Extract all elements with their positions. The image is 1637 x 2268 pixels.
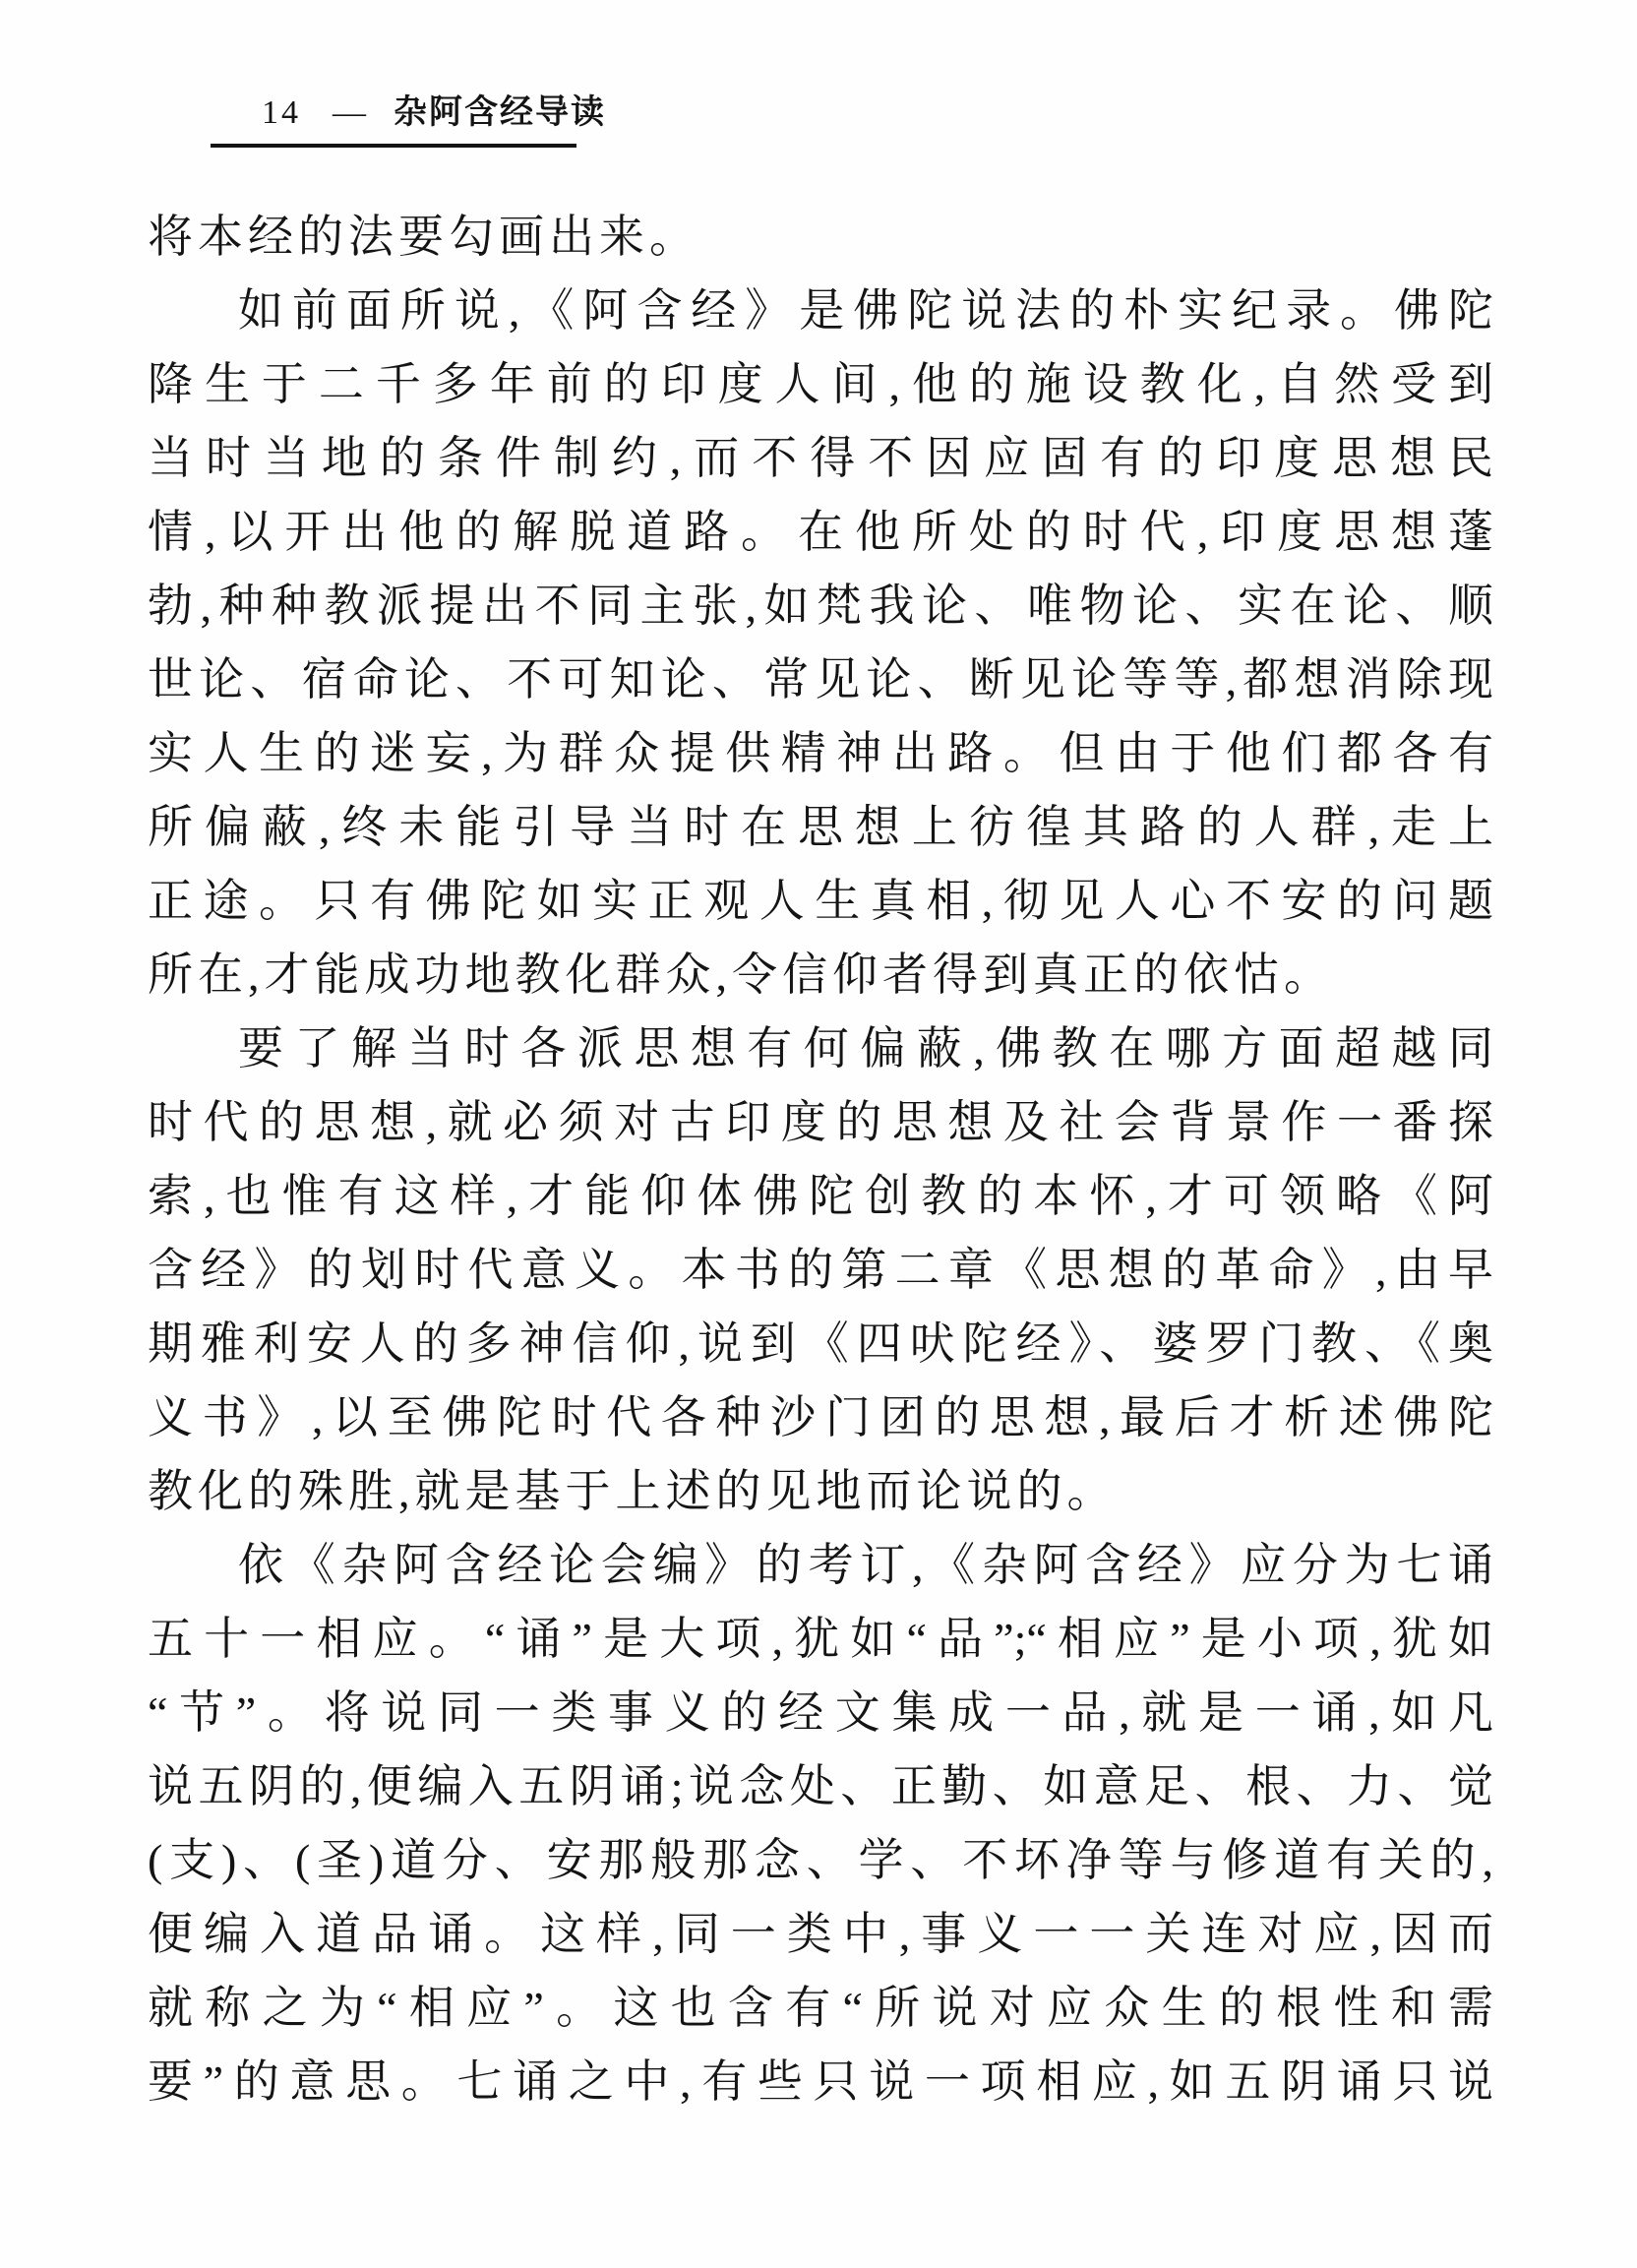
header-dash: — bbox=[333, 94, 366, 131]
text-line: 情,以开出他的解脱道路。在他所处的时代,印度思想蓬 bbox=[148, 495, 1493, 569]
text-line: 依《杂阿含经论会编》的考订,《杂阿含经》应分为七诵 bbox=[148, 1528, 1493, 1602]
book-page: 14 — 杂阿含经导读 将本经的法要勾画出来。如前面所说,《阿含经》是佛陀说法的… bbox=[0, 0, 1637, 2268]
text-line: “节”。将说同一类事义的经文集成一品,就是一诵,如凡 bbox=[148, 1676, 1493, 1749]
text-line: 说五阴的,便编入五阴诵;说念处、正勤、如意足、根、力、觉 bbox=[148, 1749, 1493, 1823]
text-line: 时代的思想,就必须对古印度的思想及社会背景作一番探 bbox=[148, 1085, 1493, 1159]
text-line: 就称之为“相应”。这也含有“所说对应众生的根性和需 bbox=[148, 1971, 1493, 2045]
book-title: 杂阿含经导读 bbox=[394, 94, 606, 131]
text-line: 世论、宿命论、不可知论、常见论、断见论等等,都想消除现 bbox=[148, 643, 1493, 716]
text-line: 如前面所说,《阿含经》是佛陀说法的朴实纪录。佛陀 bbox=[148, 274, 1493, 347]
text-line: 五十一相应。“诵”是大项,犹如“品”;“相应”是小项,犹如 bbox=[148, 1602, 1493, 1676]
text-line: 正途。只有佛陀如实正观人生真相,彻见人心不安的问题 bbox=[148, 864, 1493, 938]
text-line: 教化的殊胜,就是基于上述的见地而论说的。 bbox=[148, 1454, 1493, 1528]
page-header: 14 — 杂阿含经导读 bbox=[211, 94, 576, 148]
text-line: 含经》的划时代意义。本书的第二章《思想的革命》,由早 bbox=[148, 1233, 1493, 1307]
text-line: 当时当地的条件制约,而不得不因应固有的印度思想民 bbox=[148, 421, 1493, 495]
text-line: 要”的意思。七诵之中,有些只说一项相应,如五阴诵只说 bbox=[148, 2045, 1493, 2118]
text-line: 将本经的法要勾画出来。 bbox=[148, 200, 1493, 274]
text-line: 便编入道品诵。这样,同一类中,事义一一关连对应,因而 bbox=[148, 1897, 1493, 1971]
text-line: (支)、(圣)道分、安那般那念、学、不坏净等与修道有关的, bbox=[148, 1823, 1493, 1897]
page-body: 将本经的法要勾画出来。如前面所说,《阿含经》是佛陀说法的朴实纪录。佛陀降生于二千… bbox=[148, 200, 1493, 2118]
text-line: 降生于二千多年前的印度人间,他的施设教化,自然受到 bbox=[148, 347, 1493, 421]
text-line: 实人生的迷妄,为群众提供精神出路。但由于他们都各有 bbox=[148, 716, 1493, 790]
text-line: 勃,种种教派提出不同主张,如梵我论、唯物论、实在论、顺 bbox=[148, 569, 1493, 643]
page-number: 14 bbox=[262, 94, 301, 131]
text-line: 要了解当时各派思想有何偏蔽,佛教在哪方面超越同 bbox=[148, 1011, 1493, 1085]
text-line: 所偏蔽,终未能引导当时在思想上彷徨其路的人群,走上 bbox=[148, 790, 1493, 864]
text-line: 索,也惟有这样,才能仰体佛陀创教的本怀,才可领略《阿 bbox=[148, 1159, 1493, 1233]
text-line: 期雅利安人的多神信仰,说到《四吠陀经》、婆罗门教、《奥 bbox=[148, 1307, 1493, 1380]
text-line: 所在,才能成功地教化群众,令信仰者得到真正的依怙。 bbox=[148, 938, 1493, 1011]
text-line: 义书》,以至佛陀时代各种沙门团的思想,最后才析述佛陀 bbox=[148, 1380, 1493, 1454]
